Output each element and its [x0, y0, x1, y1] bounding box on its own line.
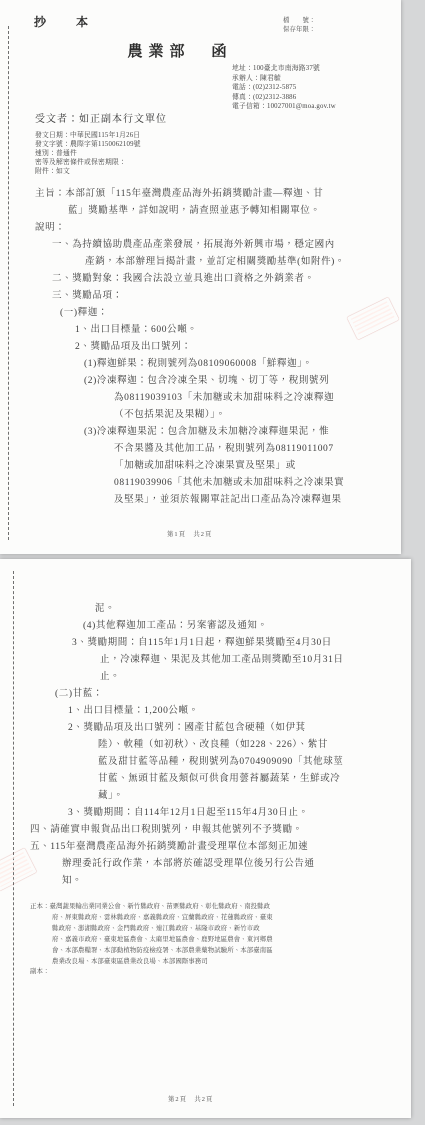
closing-line: 府、嘉義市政府、臺東地區農會、太麻里地區農會、鹿野地區農會、東河鄉農: [52, 934, 273, 943]
doc-text-line: 1、出口目標量：600公噸。: [75, 321, 197, 335]
document-scan: { "doc": { "copy_label": "抄 本", "header_…: [0, 0, 425, 1125]
doc-text-line: (二)甘藍：: [55, 685, 103, 699]
page2-footer: 第2頁 共2頁: [168, 1094, 213, 1103]
retention-label: 保存年限：: [283, 24, 315, 33]
doc-text-line: 甘藍、無頭甘藍及類似可供食用蕓苔屬蔬菜，生鮮或冷: [98, 770, 340, 784]
binding-dashed-line: [8, 26, 9, 540]
doc-text-line: 說明：: [35, 219, 65, 233]
doc-text-line: (1)釋迦鮮果：稅則號列為08109060008「鮮釋迦」。: [84, 355, 313, 369]
doc-text-line: 及堅果」，並須於報關單註記出口產品為冷凍釋迦果: [114, 491, 342, 505]
doc-text-line: （不包括果泥及果糊）」。: [114, 406, 226, 420]
doc-text-line: 辦理委託行政作業，本部將於確認受理單位後另行公告通: [62, 855, 315, 869]
doc-text-line: 「加糖或加甜味料之冷凍果實及堅果」或: [114, 457, 296, 471]
copy-to-label: 副本：: [30, 966, 49, 975]
doc-text-line: 3、獎勵期間：自114年12月1日起至115年4月30日止。: [68, 804, 309, 818]
closing-line: 正本：臺灣蔬果輸出業同業公會、新竹縣政府、苗栗縣政府、彰化縣政府、南投縣政: [30, 901, 270, 910]
copy-label: 抄 本: [34, 13, 97, 30]
stamp-text-marks: [351, 301, 395, 336]
doc-text-line: (一)釋迦：: [60, 304, 108, 318]
contact-line: 電子信箱：10027001@moa.gov.tw: [232, 100, 336, 110]
page-2: 泥。(4)其他釋迦加工產品：另案審認及通知。3、獎勵期間：自115年1月1日起，…: [0, 559, 411, 1118]
doc-text-line: 知。: [62, 872, 82, 886]
doc-text-line: 2、獎勵品項及出口號列：國產甘藍包含硬種（如伊萁: [68, 719, 306, 733]
closing-line: 縣政府、澎湖縣政府、金門縣政府、連江縣政府、基隆市政府、新竹市政: [52, 923, 260, 932]
doc-text-line: 藏」。: [98, 787, 124, 801]
doc-text-line: (4)其他釋迦加工產品：另案審認及通知。: [83, 617, 268, 631]
red-seal-stamp-icon: [0, 848, 37, 891]
page1-footer: 第1頁 共2頁: [167, 529, 212, 538]
contact-line: 電話：(02)2312-5875: [232, 81, 296, 91]
doc-text-line: 主旨：本部訂頒「115年臺灣農產品海外拓銷獎勵計畫—釋迦、甘: [35, 185, 323, 199]
meta-line: 附件：如文: [35, 165, 70, 175]
contact-line: 傳真：(02)2312-3886: [232, 91, 296, 101]
red-seal-stamp-icon: [347, 297, 399, 340]
doc-text-line: 為08119039103「未加糖或未加甜味料之冷凍釋迦: [114, 389, 334, 403]
doc-text-line: 止。: [100, 668, 120, 682]
file-number-label: 檔 號：: [283, 15, 315, 24]
closing-line: 會、本部農糧署、本部動植物防疫檢疫署、本部農業藥物試驗所、本部臺南區: [52, 945, 273, 954]
doc-text-line: 五、115年臺灣農產品海外拓銷獎勵計畫受理單位本部刻正加速: [30, 838, 308, 852]
stamp-text-marks: [0, 852, 33, 887]
doc-text-line: 藍」獎勵基準，詳如說明，請查照並惠予轉知相關單位。: [68, 202, 321, 216]
doc-text-line: 3、獎勵期間：自115年1月1日起，釋迦鮮果獎勵至4月30日: [72, 634, 332, 648]
doc-text-line: (2)冷凍釋迦：包含冷凍全果、切塊、切丁等，稅則號列: [84, 372, 329, 386]
doc-text-line: 一、為持續協助農產品產業發展，拓展海外新興市場，穩定國內: [52, 236, 335, 250]
recipient-line: 受文者：如正副本行文單位: [35, 110, 167, 125]
doc-text-line: 不含果醬及其他加工品，稅則號列為08119011007: [114, 440, 334, 454]
doc-text-line: 藍及甜甘藍等品種，稅則號列為0704909090「其他球莖: [98, 753, 343, 767]
doc-text-line: 1、出口目標量：1,200公噸。: [68, 702, 199, 716]
doc-text-line: 產銷，本部辦理旨揭計畫，並訂定相關獎勵基準(如附件)。: [85, 253, 345, 267]
doc-text-line: 2、獎勵品項及出口號列：: [75, 338, 191, 352]
doc-text-line: 泥。: [95, 600, 115, 614]
contact-line: 承辦人：陳君毓: [232, 72, 281, 82]
contact-line: 地址：100臺北市南海路37號: [232, 62, 320, 72]
binding-dashed-line: [13, 571, 14, 1106]
doc-text-line: 三、獎勵品項：: [52, 287, 123, 301]
page-1: 抄 本 檔 號： 保存年限： 農業部 函 地址：100臺北市南海路37號承辦人：…: [0, 0, 401, 554]
doc-text-line: (3)冷凍釋迦果泥：包含加糖及未加糖冷凍釋迦果泥，惟: [84, 423, 329, 437]
doc-text-line: 止，冷凍釋迦、果泥及其他加工產品則獎勵至10月31日: [100, 651, 344, 665]
document-title: 農業部 函: [0, 40, 360, 61]
doc-text-line: 陸）、軟種（如初秋）、改良種（如228、226）、紫甘: [98, 736, 328, 750]
doc-text-line: 二、獎勵對象：我國合法設立並具進出口資格之外銷業者。: [52, 270, 315, 284]
closing-line: 農業改良場、本部臺東區農業改良場、本部國際事務司: [52, 956, 208, 965]
doc-text-line: 08119039906「其他未加糖或未加甜味料之冷凍果實: [114, 474, 344, 488]
doc-text-line: 四、請確實申報貨品出口稅則號列，申報其他號列不予獎勵。: [30, 821, 303, 835]
closing-line: 府、屏東縣政府、雲林縣政府、嘉義縣政府、宜蘭縣政府、花蓮縣政府、臺東: [52, 912, 273, 921]
